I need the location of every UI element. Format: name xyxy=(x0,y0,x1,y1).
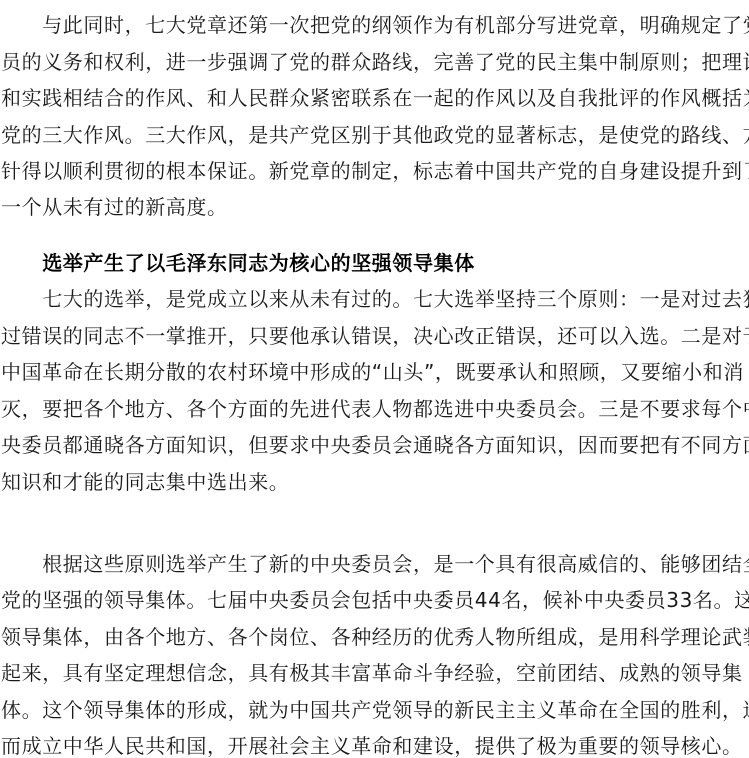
text-line: 和实践相结合的作风、和人民群众紧密联系在一起的作风以及自我批评的作风概括为 xyxy=(1,86,749,110)
text-line: 过错误的同志不一掌推开，只要他承认错误，决心改正错误，还可以入选。二是对于 xyxy=(1,324,749,348)
text-line: 员的义务和权利，进一步强调了党的群众路线，完善了党的民主集中制原则；把理论 xyxy=(1,50,749,74)
text-line: 灭，要把各个地方、各个方面的先进代表人物都选进中央委员会。三是不要求每个中 xyxy=(1,397,749,421)
section-heading-text: 选举产生了以毛泽东同志为核心的坚强领导集体 xyxy=(1,251,475,275)
text-line: 与此同时，七大党章还第一次把党的纲领作为有机部分写进党章，明确规定了党 xyxy=(1,13,749,37)
text-line: 党的坚强的领导集体。七届中央委员会包括中央委员44名，候补中央委员33名。这个 xyxy=(1,588,749,612)
text-line: 起来，具有坚定理想信念，具有极其丰富革命斗争经验，空前团结、成熟的领导集 xyxy=(1,661,743,685)
text-line: 中国革命在长期分散的农村环境中形成的“山头”，既要承认和照顾，又要缩小和消 xyxy=(1,360,744,384)
text-line: 党的三大作风。三大作风，是共产党区别于其他政党的显著标志，是使党的路线、方 xyxy=(1,123,749,147)
text-line: 而成立中华人民共和国，开展社会主义革命和建设，提供了极为重要的领导核心。 xyxy=(1,734,743,758)
text-line: 针得以顺利贯彻的根本保证。新党章的制定，标志着中国共产党的自身建设提升到了 xyxy=(1,159,749,183)
text-line: 知识和才能的同志集中选出来。 xyxy=(1,470,289,494)
text-line: 一个从未有过的新高度。 xyxy=(1,195,228,219)
text-line: 七大的选举，是党成立以来从未有过的。七大选举坚持三个原则：一是对过去犯 xyxy=(1,287,749,311)
text-line: 体。这个领导集体的形成，就为中国共产党领导的新民主主义革命在全国的胜利，进 xyxy=(1,698,749,722)
text-line: 根据这些原则选举产生了新的中央委员会，是一个具有很高威信的、能够团结全 xyxy=(1,552,749,576)
text-line: 领导集体，由各个地方、各个岗位、各种经历的优秀人物所组成，是用科学理论武装 xyxy=(1,625,749,649)
text-line: 央委员都通晓各方面知识，但要求中央委员会通晓各方面知识，因而要把有不同方面 xyxy=(1,433,749,457)
